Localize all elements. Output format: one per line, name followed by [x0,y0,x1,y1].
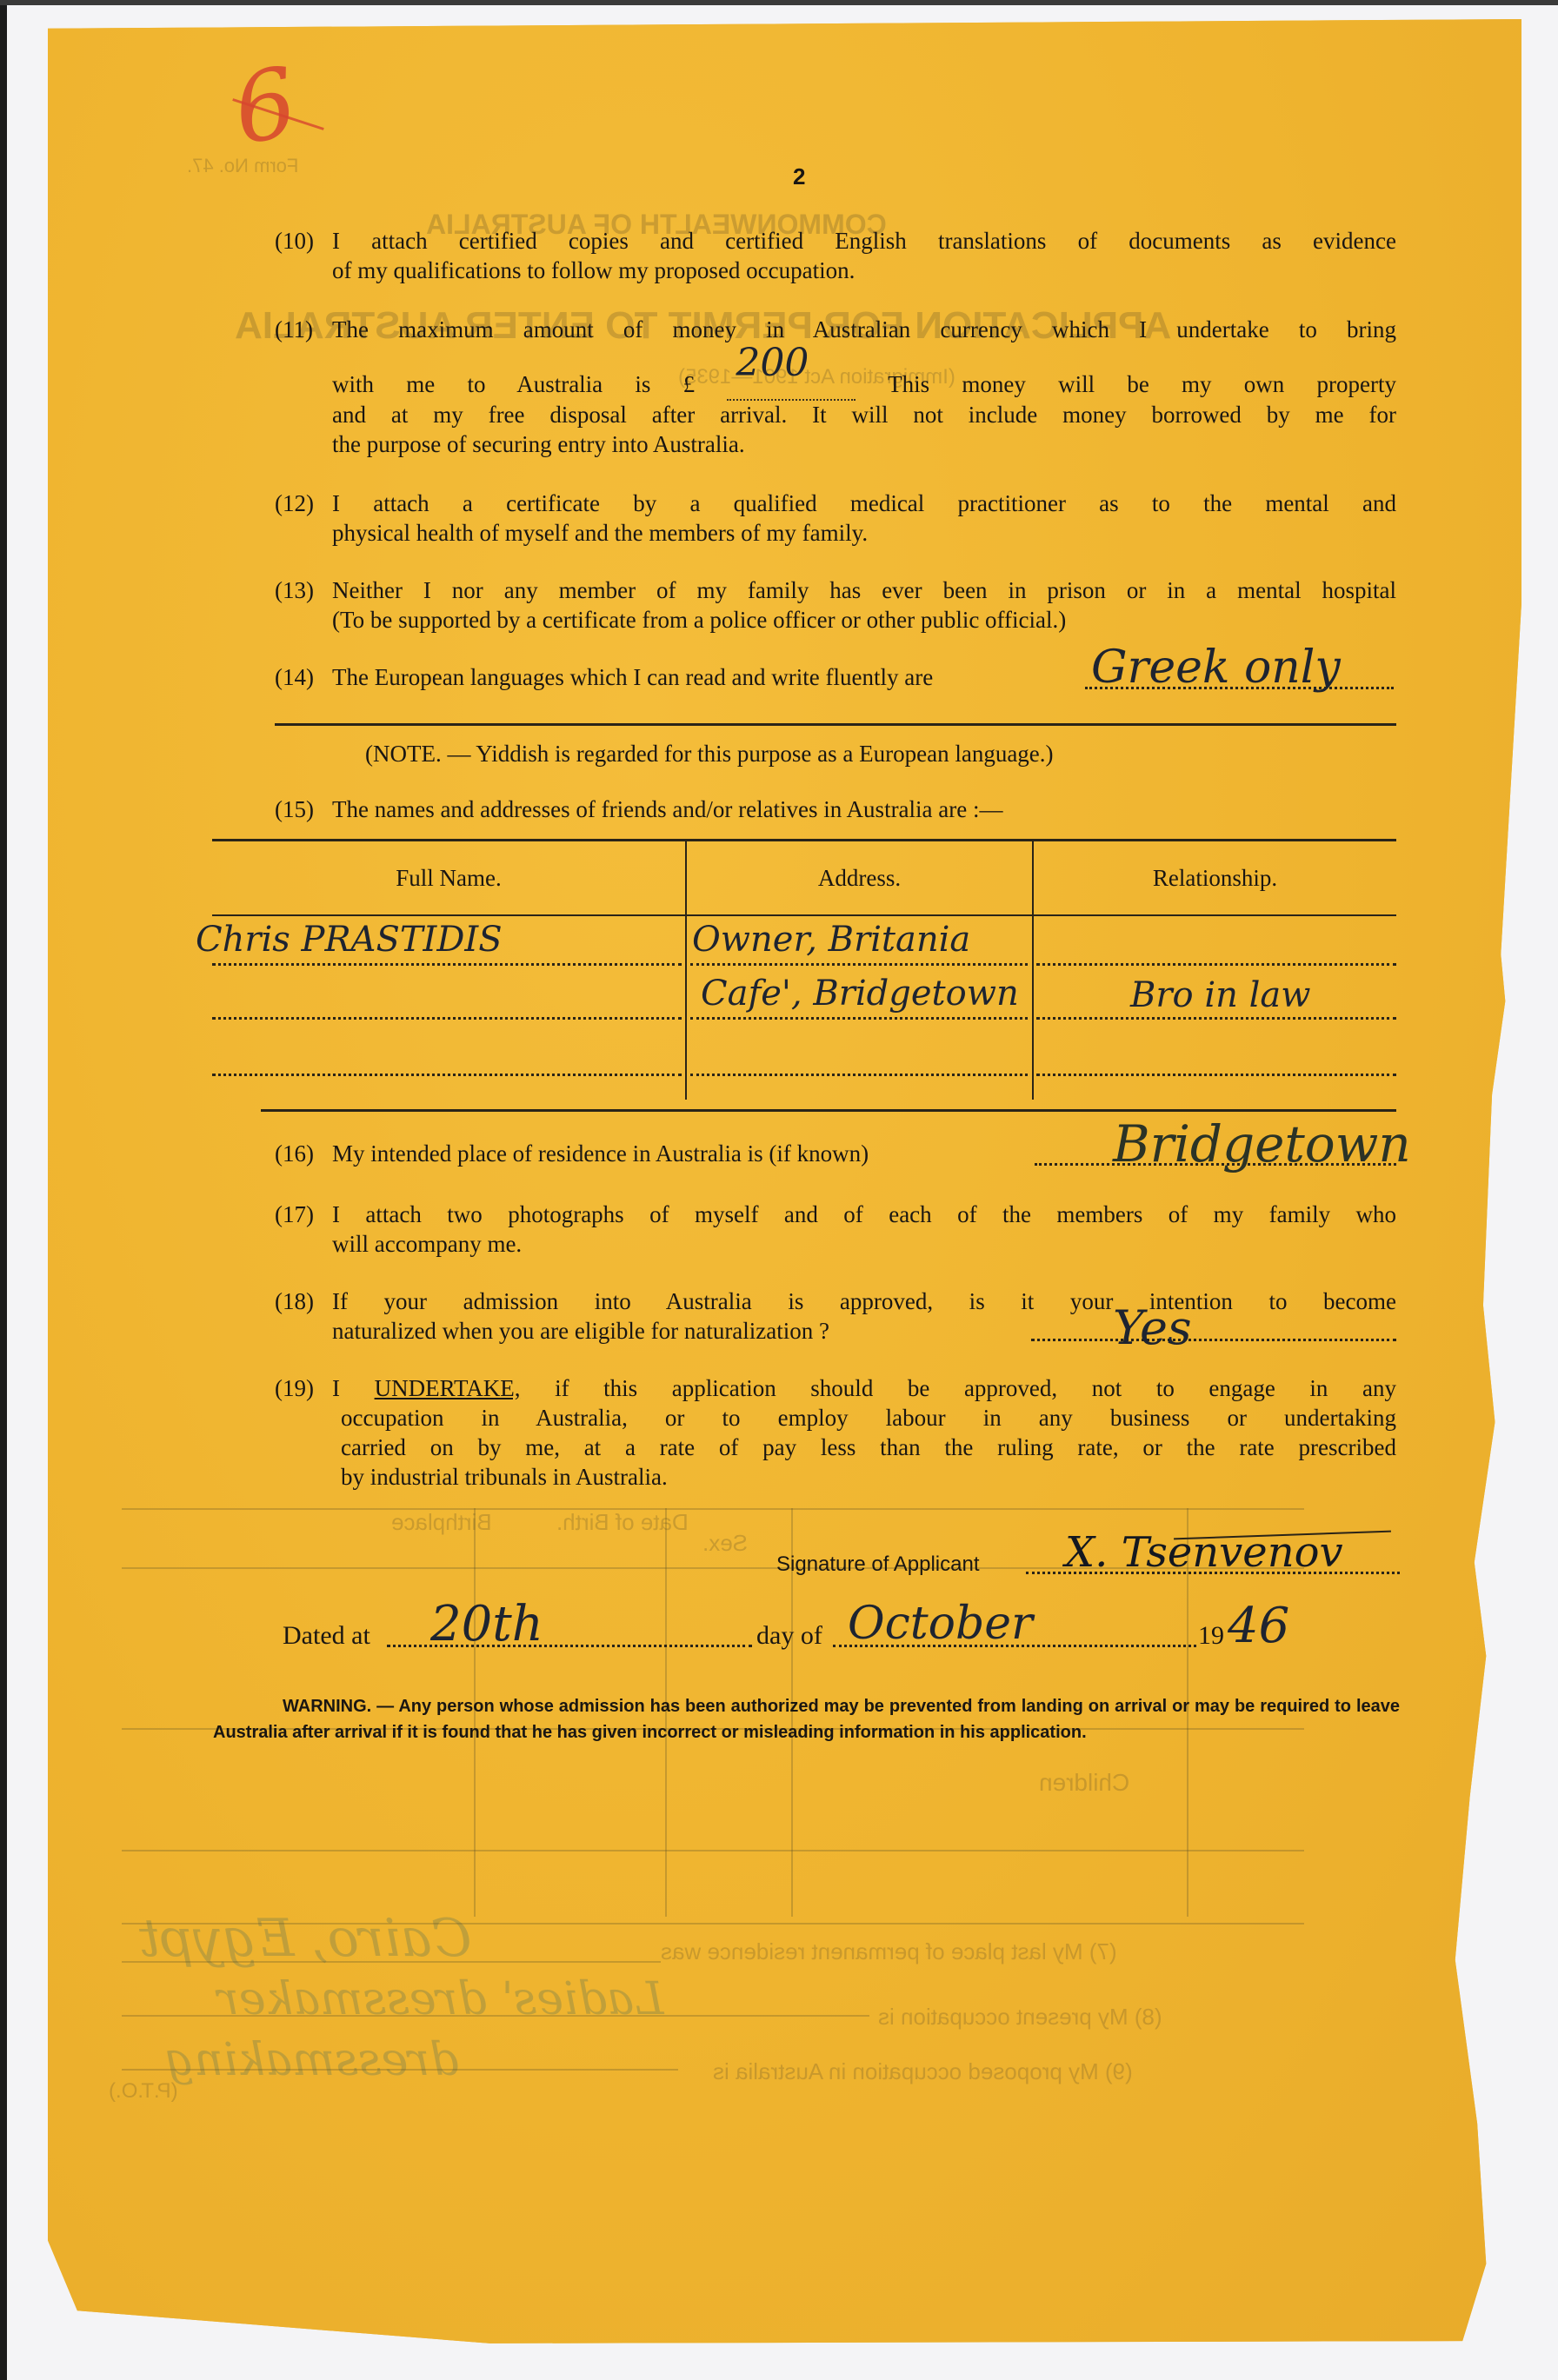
full-name-field-row-2[interactable] [212,1074,682,1076]
item-18: (18)If your admission into Australia is … [275,1286,1396,1316]
table-top-rule [212,839,1396,841]
languages-answer: Greek only [1091,642,1341,694]
item-number: (14) [275,662,332,692]
address-field-line-1[interactable] [690,963,1028,966]
ghost-q9-answer: dressmaking [165,2034,459,2086]
relative-full-name: Chris PRASTIDIS [196,920,503,960]
ghost-dotted-line-q9 [122,2069,678,2071]
ghost-q8: (8) My present occupation is [878,2004,1162,2031]
naturalization-answer: Yes [1113,1300,1192,1355]
applicant-signature: X. Tsenvenov [1065,1528,1343,1577]
item-number: (18) [275,1286,332,1316]
item-text: I [332,1375,340,1401]
item-12-line-2: physical health of myself and the member… [275,518,1396,548]
signature-label: Signature of Applicant [776,1552,980,1577]
ghost-rule [122,1923,1304,1925]
warning-notice: WARNING. — Any person whose admission ha… [213,1693,1400,1745]
undertake-keyword: UNDERTAKE, [375,1375,521,1401]
item-text: by industrial tribunals in Australia. [341,1464,668,1490]
item-text: This money will be my own property [888,371,1396,397]
money-amount-field[interactable]: 200 [727,369,856,401]
item-19-line-4: by industrial tribunals in Australia. [275,1462,1396,1492]
year-prefix: 19 [1198,1621,1224,1651]
money-amount-value: 200 [736,349,809,378]
relationship-field-row-2[interactable] [1036,1074,1396,1076]
item-text: If your admission into Australia is appr… [332,1288,1396,1314]
item-19-line-2: occupation in Australia, or to employ la… [275,1403,1396,1433]
item-text: I attach certified copies and certified … [332,228,1396,254]
relative-address-line-2: Cafe', Bridgetown [701,974,1019,1014]
item-15: (15)The names and addresses of friends a… [275,794,1396,824]
table-bottom-rule [261,1109,1396,1112]
ghost-birthplace: Birthplace [391,1509,492,1536]
item-number: (11) [275,315,332,344]
item-number: (13) [275,575,332,605]
item-text: physical health of myself and the member… [332,520,868,546]
item-number: (19) [275,1373,332,1403]
ghost-q9: (9) My proposed occupation in Australia … [713,2058,1133,2085]
relative-address-line-1: Owner, Britania [692,920,970,960]
item-text: Neither I nor any member of my family ha… [332,577,1396,603]
item-10-line-2: of my qualifications to follow my propos… [275,256,1396,285]
day-of-label: day of [756,1621,822,1651]
item-11: (11)The maximum amount of money in Austr… [275,315,1396,344]
ghost-q7: (7) My last place of permanent residence… [661,1938,1117,1965]
address-field-line-2[interactable] [690,1017,1028,1020]
item-19: (19)I UNDERTAKE, if this application sho… [275,1373,1396,1403]
item-text: I attach two photographs of myself and o… [332,1201,1396,1227]
warning-label: WARNING. — [213,1697,394,1716]
relationship-field-line-1[interactable] [1036,963,1396,966]
item-11-line-2: with me to Australia is £ 200 This money… [275,369,1396,401]
item-text: with me to Australia is £ [332,371,695,397]
month-value: October [848,1598,1033,1650]
full-name-field-line-2[interactable] [212,1017,682,1020]
ghost-children: Children [1039,1769,1129,1797]
relationship-field-line-2[interactable] [1036,1017,1396,1020]
ghost-dotted-line-q7 [122,1961,661,1963]
note-text: (NOTE. — Yiddish is regarded for this pu… [365,741,1054,767]
full-name-field[interactable] [212,963,682,966]
item-11-line-4: the purpose of securing entry into Austr… [275,429,1396,459]
item-text: The European languages which I can read … [332,664,933,690]
ghost-q7-answer: Cairo, Egypt [139,1908,471,1969]
item-text: and at my free disposal after arrival. I… [332,402,1396,428]
ghost-sex: Sex. [702,1530,748,1557]
naturalization-field[interactable] [1031,1339,1396,1341]
item-13: (13)Neither I nor any member of my famil… [275,575,1396,605]
item-text: My intended place of residence in Austra… [332,1140,869,1167]
item-text: if this application should be approved, … [555,1375,1396,1401]
item-text: occupation in Australia, or to employ la… [341,1405,1396,1431]
item-text: of my qualifications to follow my propos… [332,257,855,283]
item-number: (10) [275,226,332,256]
item-text: The names and addresses of friends and/o… [332,796,1003,822]
column-header-full-name: Full Name. [212,865,685,892]
year-value: 46 [1228,1598,1289,1654]
page-number: 2 [793,163,805,190]
item-17-line-2: will accompany me. [275,1229,1396,1259]
day-value: 20th [430,1596,543,1652]
yiddish-note: (NOTE. — Yiddish is regarded for this pu… [365,739,1322,768]
ghost-q8-answer: Ladies' dressmaker [217,1973,663,2025]
item-11-line-3: and at my free disposal after arrival. I… [275,400,1396,429]
relative-relationship: Bro in law [1130,975,1310,1015]
dated-at-label: Dated at [283,1621,370,1651]
item-19-line-3: carried on by me, at a rate of pay less … [275,1433,1396,1462]
scanner-top-edge [0,0,1558,5]
item-text: will accompany me. [332,1231,522,1257]
ghost-dob: Date of Birth. [556,1509,689,1536]
section-divider [275,723,1396,726]
item-number: (17) [275,1200,332,1229]
item-text: The maximum amount of money in Australia… [332,316,1396,342]
ghost-table-rule [122,1508,1304,1510]
item-17: (17)I attach two photographs of myself a… [275,1200,1396,1229]
item-12: (12)I attach a certificate by a qualifie… [275,489,1396,518]
item-13-line-2: (To be supported by a certificate from a… [275,605,1396,635]
item-text: the purpose of securing entry into Austr… [332,431,745,457]
ghost-table-rule [122,1850,1304,1851]
item-text: carried on by me, at a rate of pay less … [341,1434,1396,1460]
column-header-relationship: Relationship. [1034,865,1396,892]
ghost-dotted-line-q8 [122,2015,869,2017]
column-header-address: Address. [687,865,1032,892]
item-10: (10)I attach certified copies and certif… [275,226,1396,256]
item-text: naturalized when you are eligible for na… [332,1318,829,1344]
item-number: (12) [275,489,332,518]
item-text: I attach a certificate by a qualified me… [332,490,1396,516]
table-header-rule [212,914,1396,916]
residence-answer: Bridgetown [1113,1114,1411,1173]
address-field-row-2[interactable] [690,1074,1028,1076]
item-text: (To be supported by a certificate from a… [332,607,1066,633]
scanner-edge [0,0,7,2380]
item-number: (15) [275,794,332,824]
item-number: (16) [275,1139,332,1168]
